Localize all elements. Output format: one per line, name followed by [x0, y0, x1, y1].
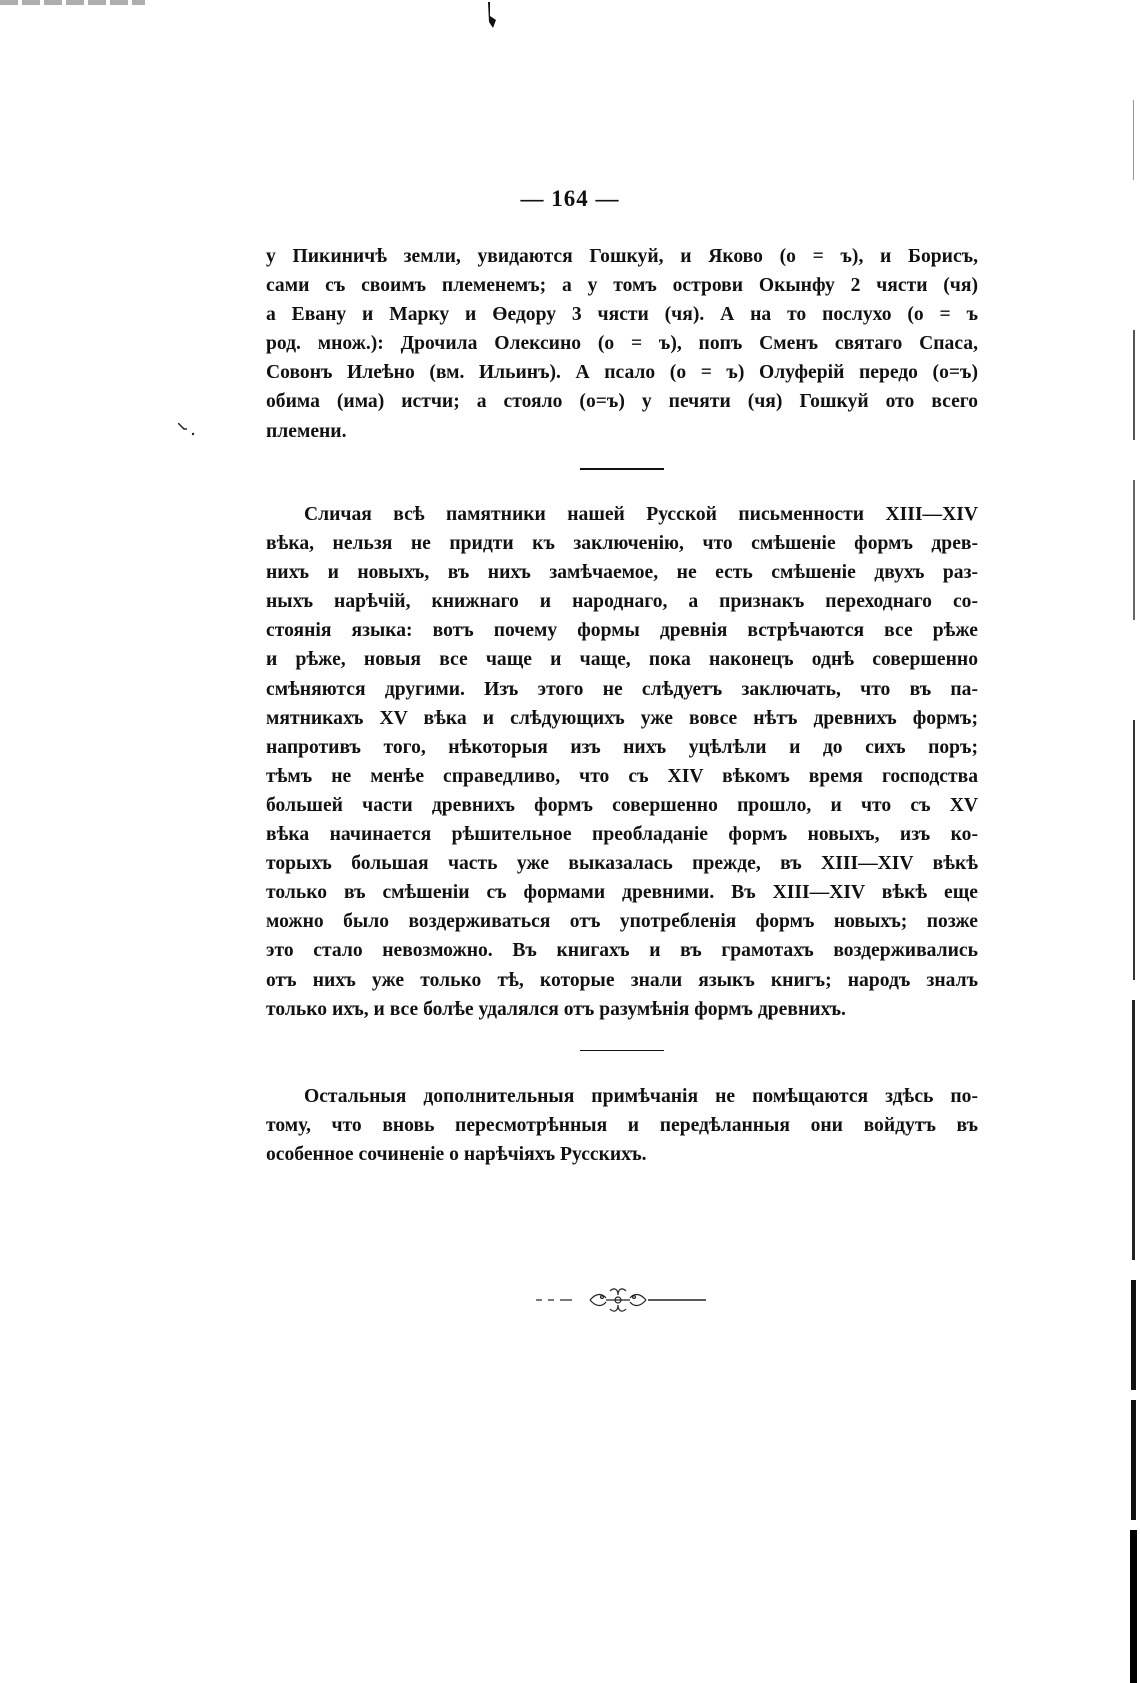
text-line: только въ смѣшеніи съ формами древними. …: [266, 878, 978, 907]
scan-artifact-top-strip: [0, 0, 145, 5]
text-line: отъ нихъ уже только тѣ, которые знали яз…: [266, 966, 978, 995]
scan-artifact-left-speck: [178, 423, 198, 437]
text-line: торыхъ большая часть уже выказалась преж…: [266, 849, 978, 878]
text-line: вѣка начинается рѣшительное преобладаніе…: [266, 820, 978, 849]
section-divider: [580, 468, 664, 470]
text-line: Остальныя дополнительныя примѣчанія не п…: [266, 1082, 978, 1111]
text-line: вѣка, нельзя не придти къ заключенію, чт…: [266, 529, 978, 558]
paragraph-continuation: у Пикиничѣ земли, увидаются Гошкуй, и Як…: [266, 242, 978, 446]
text-line: большей части древнихъ формъ совершенно …: [266, 791, 978, 820]
paragraph-closing-note: Остальныя дополнительныя примѣчанія не п…: [266, 1082, 978, 1169]
text-line: смѣняются другими. Изъ этого не слѣдуетъ…: [266, 675, 978, 704]
text-line: обима (има) истчи; а стояло (о=ъ) у печя…: [266, 387, 978, 416]
text-line: нихъ и новыхъ, въ нихъ замѣчаемое, не ес…: [266, 558, 978, 587]
section-divider: [580, 1050, 664, 1051]
text-line: особенное сочиненіе о нарѣчіяхъ Русскихъ…: [266, 1140, 978, 1169]
text-line: а Евану и Марку и Өедору 3 чясти (чя). А…: [266, 300, 978, 329]
text-line: стоянія языка: вотъ почему формы древнія…: [266, 616, 978, 645]
floral-tailpiece-ornament-icon: [530, 1285, 710, 1315]
text-line: тому, что вновь пересмотрѣнныя и передѣл…: [266, 1111, 978, 1140]
scan-artifact-right-edge: [1122, 0, 1140, 1683]
text-line: можно было воздерживаться отъ употреблен…: [266, 907, 978, 936]
page-number: — 164 —: [0, 186, 1140, 212]
text-line: мятникахъ XV вѣка и слѣдующихъ уже вовсе…: [266, 704, 978, 733]
text-line: Совонъ Илеѣно (вм. Ильинъ). А псало (о =…: [266, 358, 978, 387]
text-line: племени.: [266, 417, 978, 446]
text-line: это стало невозможно. Въ книгахъ и въ гр…: [266, 936, 978, 965]
text-line: у Пикиничѣ земли, увидаются Гошкуй, и Як…: [266, 242, 978, 271]
text-line: Сличая всѣ памятники нашей Русской письм…: [266, 500, 978, 529]
scan-artifact-top-mark: [487, 2, 497, 28]
paragraph-main-argument: Сличая всѣ памятники нашей Русской письм…: [266, 500, 978, 1024]
text-line: тѣмъ не менѣе справедливо, что съ XIV вѣ…: [266, 762, 978, 791]
text-line: сами съ своимъ племенемъ; а у томъ остро…: [266, 271, 978, 300]
text-line: ныхъ нарѣчій, книжнаго и народнаго, а пр…: [266, 587, 978, 616]
text-line: только ихъ, и все болѣе удалялся отъ раз…: [266, 995, 978, 1024]
text-line: и рѣже, новыя все чаще и чаще, пока нако…: [266, 645, 978, 674]
text-line: род. множ.): Дрочила Олексино (о = ъ), п…: [266, 329, 978, 358]
text-line: напротивъ того, нѣкоторыя изъ нихъ уцѣлѣ…: [266, 733, 978, 762]
